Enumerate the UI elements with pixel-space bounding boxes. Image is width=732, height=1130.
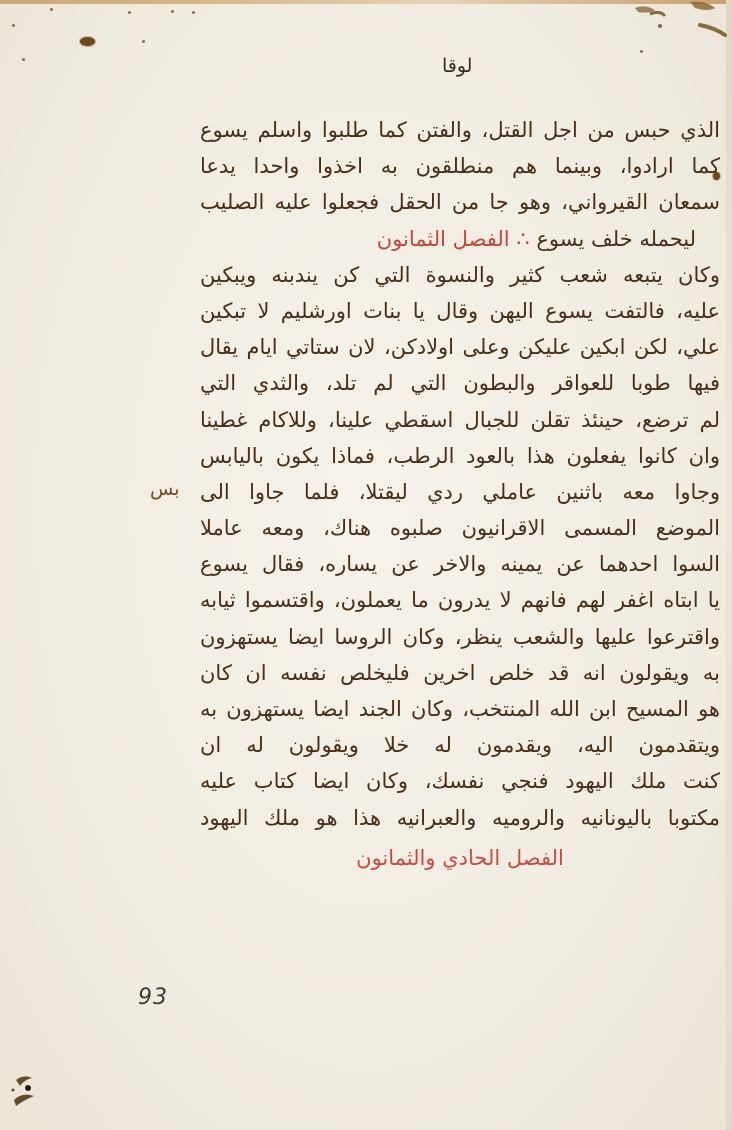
line-text: واقترعوا عليها والشعب ينظر، وكان الروسا …	[200, 625, 720, 649]
line-text: به ويقولون انه قد خلص اخرين فليخلص نفسه …	[200, 661, 720, 685]
text-line: واقترعوا عليها والشعب ينظر، وكان الروسا …	[200, 619, 720, 655]
line-text: هو المسيح ابن الله المنتخب، وكان الجند ا…	[200, 697, 720, 721]
paper-speck	[50, 8, 53, 11]
worm-hole	[80, 37, 95, 46]
text-line: وان كانوا يفعلون هذا بالعود الرطب، فماذا…	[200, 438, 720, 474]
line-text: وان كانوا يفعلون هذا بالعود الرطب، فماذا…	[200, 444, 720, 468]
paper-speck	[12, 24, 15, 27]
page-number: 93	[138, 985, 168, 1010]
text-line: وكان يتبعه شعب كثير والنسوة التي كن يندب…	[200, 257, 720, 293]
line-text: السوا احدهما عن يمينه والاخر عن يساره، ف…	[200, 552, 720, 576]
text-line: فيها طوبا للعواقر والبطون التي لم تلد، و…	[200, 365, 720, 401]
text-line: به ويقولون انه قد خلص اخرين فليخلص نفسه …	[200, 655, 720, 691]
line-text: فيها طوبا للعواقر والبطون التي لم تلد، و…	[200, 371, 720, 395]
paper-speck	[640, 50, 643, 53]
text-line: هو المسيح ابن الله المنتخب، وكان الجند ا…	[200, 691, 720, 727]
line-text: يا ابتاه اغفر لهم فانهم لا يدرون ما يعمل…	[200, 588, 720, 612]
paper-speck	[22, 58, 25, 61]
folio-header: لوقا	[442, 55, 472, 77]
text-line: لم ترضع، حينئذ تقلن للجبال اسقطي علينا، …	[200, 402, 720, 438]
text-line: الذي حبس من اجل القتل، والفتن كما طلبوا …	[200, 112, 720, 148]
rubric-separator: ∴	[510, 227, 530, 251]
line-text: ليحمله خلف يسوع	[536, 227, 696, 251]
line-text: سمعان القيرواني، وهو جا من الحقل فجعلوا …	[200, 190, 720, 214]
line-text: علي، لكن ابكين عليكن وعلى اولادكن، لان س…	[200, 335, 720, 359]
text-line: ويتقدمون اليه، ويقدمون له خلا ويقولون له…	[200, 727, 720, 763]
line-text: عليه، فالتفت يسوع اليهن وقال يا بنات اور…	[200, 299, 720, 323]
line-text: كما ارادوا، وبينما هم منطلقون به اخذوا و…	[200, 154, 720, 178]
text-line: مكتوبا باليونانيه والروميه والعبرانيه هذ…	[200, 800, 720, 836]
top-edge-damage	[630, 0, 730, 50]
text-line: وجاوا معه باثنين عاملي ردي ليقتلا، فلما …	[200, 474, 720, 510]
text-line: السوا احدهما عن يمينه والاخر عن يساره، ف…	[200, 546, 720, 582]
manuscript-text-block: الذي حبس من اجل القتل، والفتن كما طلبوا …	[200, 112, 720, 876]
line-text: الموضع المسمى الاقرانيون صلبوه هناك، ومع…	[200, 516, 720, 540]
text-line: علي، لكن ابكين عليكن وعلى اولادكن، لان س…	[200, 329, 720, 365]
page-top-edge	[0, 0, 732, 4]
line-text: كنت ملك اليهود فنجي نفسك، وكان ايضا كتاب…	[200, 769, 720, 793]
text-line: كما ارادوا، وبينما هم منطلقون به اخذوا و…	[200, 148, 720, 184]
text-line: كنت ملك اليهود فنجي نفسك، وكان ايضا كتاب…	[200, 763, 720, 799]
line-text: ويتقدمون اليه، ويقدمون له خلا ويقولون له…	[200, 733, 720, 757]
line-text: وكان يتبعه شعب كثير والنسوة التي كن يندب…	[200, 263, 720, 287]
text-line: عليه، فالتفت يسوع اليهن وقال يا بنات اور…	[200, 293, 720, 329]
line-text: لم ترضع، حينئذ تقلن للجبال اسقطي علينا، …	[200, 408, 720, 432]
line-text: الذي حبس من اجل القتل، والفتن كما طلبوا …	[200, 118, 720, 142]
paper-speck	[128, 11, 131, 14]
paper-speck	[171, 10, 174, 13]
corner-damage	[10, 1072, 40, 1112]
manuscript-page: لوقا بس الذي حبس من اجل القتل، والفتن كم…	[0, 0, 732, 1130]
chapter-rubric: الفصل الثمانون	[377, 227, 510, 251]
text-line: سمعان القيرواني، وهو جا من الحقل فجعلوا …	[200, 184, 720, 220]
paper-speck	[142, 40, 145, 43]
chapter-heading: الفصل الحادي والثمانون	[356, 846, 564, 870]
page-right-edge	[726, 0, 732, 1130]
line-text: وجاوا معه باثنين عاملي ردي ليقتلا، فلما …	[200, 480, 720, 504]
text-line: يا ابتاه اغفر لهم فانهم لا يدرون ما يعمل…	[200, 582, 720, 618]
text-line: الموضع المسمى الاقرانيون صلبوه هناك، ومع…	[200, 510, 720, 546]
margin-note: بس	[150, 478, 180, 500]
chapter-heading-line: الفصل الحادي والثمانون	[200, 840, 720, 876]
line-text: مكتوبا باليونانيه والروميه والعبرانيه هذ…	[200, 806, 720, 830]
paper-speck	[192, 11, 195, 14]
text-line-with-rubric: ليحمله خلف يسوع ∴ الفصل الثمانون	[200, 221, 720, 257]
